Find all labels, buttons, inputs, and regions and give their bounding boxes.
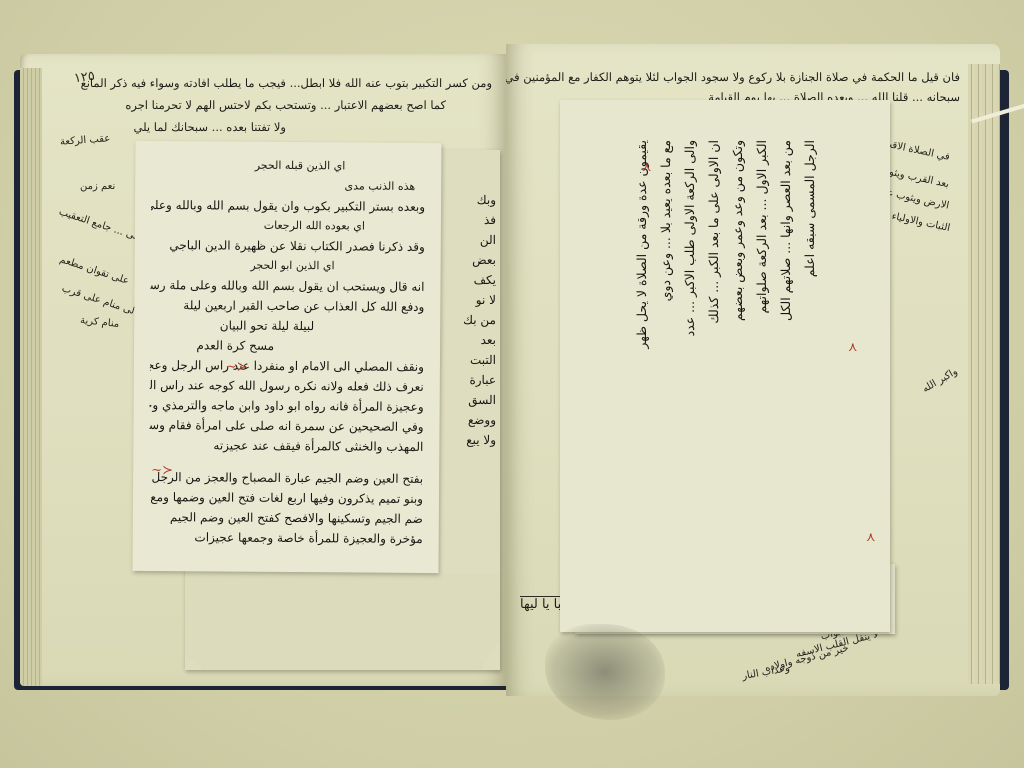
right-top-line-1: فان قيل ما الحكمة في صلاة الجنازة بلا رك… <box>506 70 960 84</box>
left-top-line-1: ومن كسر التكبير بتوب عنه الله فلا ابطل..… <box>81 76 492 90</box>
slip-line: مؤخرة والعجيزة للمرأة خاصة وجمعها عجيزات <box>149 527 423 549</box>
red-rubric-mark: ~≻ <box>226 360 248 375</box>
left-margin-note-5: الى منام على قرب <box>60 282 139 320</box>
left-margin-note-1: عقب الركعة <box>60 132 111 149</box>
slip-line: وعجيزة المرأة فانه رواه ابو داود وابن ما… <box>150 395 424 417</box>
right-margin-note-4: الثبات والاولياء <box>890 210 951 236</box>
red-rubric-mark: ~≻ <box>151 463 173 478</box>
slip-line: اي بعوده الله الرجعات <box>151 215 425 237</box>
slip-line: وتكون من وعد وعمر وبعض بعضهم <box>726 140 750 600</box>
slip-line: وفي الصحيحين عن سمرة انه صلى على امرأة ف… <box>149 415 423 437</box>
red-rubric-mark: ⋏ <box>866 530 876 545</box>
slip-line: لبيلة ليلة تحو البيان <box>150 315 424 337</box>
right-margin-note-9: وعذاب النار <box>741 662 791 684</box>
slip-line: الكبر الاول ... بعد الركعة صلواتهم <box>750 140 774 600</box>
underlying-slip-lower <box>185 574 500 669</box>
right-page-edges <box>968 64 1000 684</box>
right-inserted-slip: يقيمون عدة ورقة من الصلاة لا يحل ظهر مع … <box>560 100 890 632</box>
right-slip-rotated-text: يقيمون عدة ورقة من الصلاة لا يحل ظهر مع … <box>630 140 860 600</box>
slip-line: وقد ذكرنا فصدر الكتاب نقلا عن ظهيرة الدي… <box>151 235 425 257</box>
slip-line: اي الذين قبله الحجر <box>151 155 425 177</box>
left-top-line-2: كما اصح بعضهم الاعتبار ... وتستحب بكم لا… <box>125 98 446 112</box>
left-inserted-slip: اي الذين قبله الحجر هذه الذنب مدى وبعده … <box>133 141 442 573</box>
slip-line: ودفع الله كل العذاب عن صاحب القبر اربعين… <box>150 295 424 317</box>
slip-line: انه قال ويستحب ان يقول بسم الله وبالله و… <box>150 275 424 297</box>
left-top-line-3: ولا تفتنا بعده ... سبحانك لما يلي <box>134 120 286 134</box>
underlying-slip-fragments: وبك فذ الن بعض يكف لا نو من بك بعد التبت… <box>456 190 496 450</box>
slip-line: المهذب والخنثى كالمرأة فيقف عند عجيزته <box>149 435 423 457</box>
red-rubric-mark: ⋏ <box>642 160 652 175</box>
slip-line: بفتح العين وضم الجيم عبارة المصباح والعج… <box>149 467 423 489</box>
open-manuscript: ١٢٥ ومن كسر التكبير بتوب عنه الله فلا اب… <box>20 44 1020 694</box>
slip-line: مع ما بعده يعيد بلا ... وعن دوي <box>654 140 678 600</box>
slip-line: والى الركعة الاولى طلب الاكبر ... عدد <box>678 140 702 600</box>
left-margin-note-6: منام كرية <box>79 314 119 332</box>
slip-line: الرجل المسمى سبقه اعلم <box>798 140 822 600</box>
slip-line: اي الذين ابو الحجر <box>151 255 425 277</box>
red-rubric-mark: ⋏ <box>848 340 858 355</box>
right-margin-note-5: واكبر الله <box>920 365 960 396</box>
slip-line: نعرف ذلك فعله ولانه نكره رسول الله كوجه … <box>150 375 424 397</box>
slip-line: وبعده بستر التكبير بكوب وان يقول بسم الل… <box>151 195 425 217</box>
left-page-edges <box>20 68 42 686</box>
slip-line: هذه الذنب مدى <box>151 175 425 197</box>
slip-line: ضم الجيم وتسكينها والافصح كفتح العين وضم… <box>149 507 423 529</box>
left-page: ١٢٥ ومن كسر التكبير بتوب عنه الله فلا اب… <box>20 54 506 686</box>
slip-line: من بعد العصر وانها ... صلاتهم الكل <box>774 140 798 600</box>
slip-line: ونقف المصلي الى الامام او منفردا عند راس… <box>150 355 424 377</box>
slip-line: مسح كرة العدم <box>150 335 424 357</box>
right-margin-note-1: في الصلاة الاقت <box>881 137 951 165</box>
slip-line: وبنو تميم يذكرون وفيها اربع لغات فتح الع… <box>149 487 423 509</box>
left-margin-note-2: نعم زمن <box>80 180 115 194</box>
slip-line: ان الاولى على ما بعد الكبر ... كذلك <box>702 140 726 600</box>
slip-line: يقيمون عدة ورقة من الصلاة لا يحل ظهر <box>630 140 654 600</box>
